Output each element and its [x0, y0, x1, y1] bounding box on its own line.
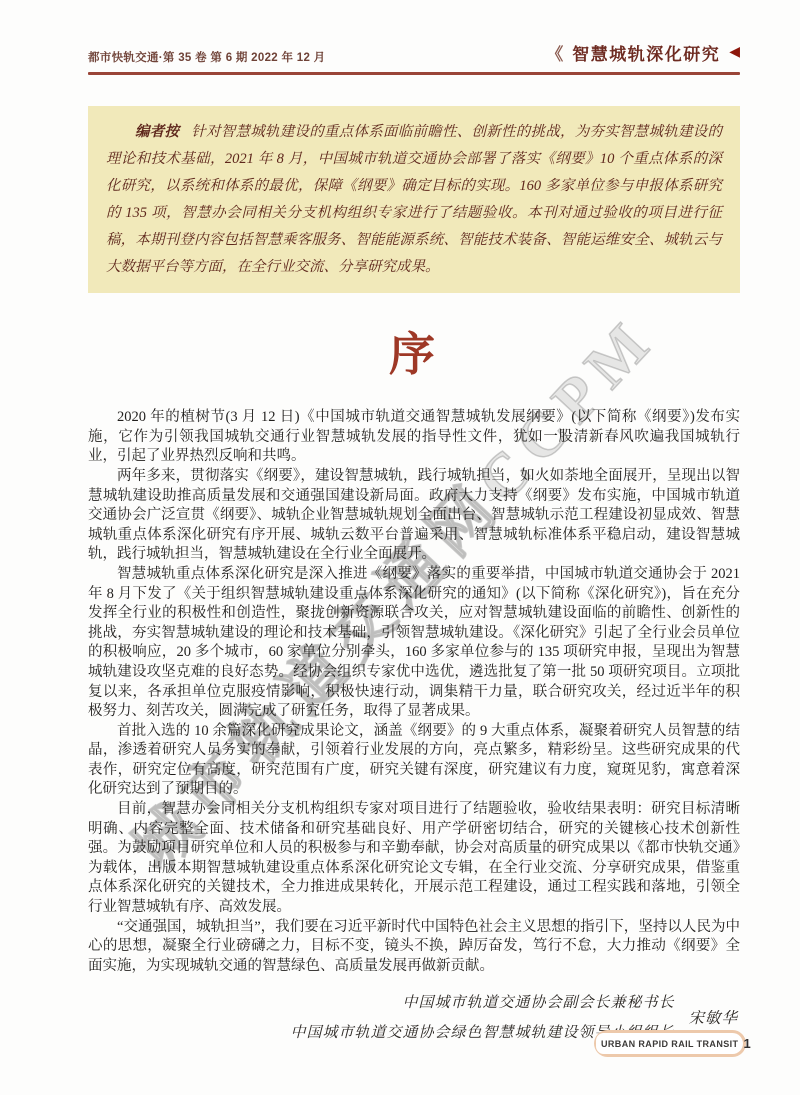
page-header: 都市快轨交通·第 35 卷 第 6 期 2022 年 12 月 《 智慧城轨深化…	[88, 40, 740, 65]
preface-body: 2020 年的植树节(3 月 12 日)《中国城市轨道交通智慧城轨发展纲要》(以…	[88, 408, 740, 976]
editor-note-body: 针对智慧城轨建设的重点体系面临前瞻性、创新性的挑战，为夯实智慧城轨建设的理论和技…	[106, 124, 722, 275]
paragraph-6: “交通强国，城轨担当”，我们要在习近平新时代中国特色社会主义思想的指引下，坚持以…	[88, 918, 740, 977]
journal-issue-info: 都市快轨交通·第 35 卷 第 6 期 2022 年 12 月	[88, 49, 325, 65]
paragraph-3: 智慧城轨重点体系深化研究是深入推进《纲要》落实的重要举措，中国城市轨道交通协会于…	[88, 565, 740, 722]
guillemet-icon: 《	[546, 40, 563, 65]
editor-note-text: 编者按针对智慧城轨建设的重点体系面临前瞻性、创新性的挑战，为夯实智慧城轨建设的理…	[106, 119, 722, 281]
column-header: 《 智慧城轨深化研究 ◀	[546, 40, 740, 65]
footer-page-badge: URBAN RAPID RAIL TRANSIT 1	[594, 1030, 746, 1057]
editor-note-box: 编者按针对智慧城轨建设的重点体系面临前瞻性、创新性的挑战，为夯实智慧城轨建设的理…	[88, 106, 740, 293]
page-content: 都市快轨交通·第 35 卷 第 6 期 2022 年 12 月 《 智慧城轨深化…	[0, 0, 800, 1042]
paragraph-5: 目前，智慧办会同相关分支机构组织专家对项目进行了结题验收，验收结果表明：研究目标…	[88, 800, 740, 918]
footer-journal-name: URBAN RAPID RAIL TRANSIT	[596, 1033, 743, 1054]
paragraph-4: 首批入选的 10 余篇深化研究成果论文，涵盖《纲要》的 9 大重点体系，凝聚着研…	[88, 722, 740, 800]
journal-page: 城市轨道交通网CCPM 都市快轨交通·第 35 卷 第 6 期 2022 年 1…	[0, 0, 800, 1095]
footer-page-number: 1	[743, 1036, 750, 1051]
triangle-left-icon: ◀	[729, 46, 740, 60]
page-title: 序	[88, 327, 740, 382]
header-divider	[88, 72, 740, 75]
paragraph-1: 2020 年的植树节(3 月 12 日)《中国城市轨道交通智慧城轨发展纲要》(以…	[88, 408, 740, 467]
signature-title-1: 中国城市轨道交通协会副会长兼秘书长	[290, 991, 674, 1012]
column-title: 智慧城轨深化研究	[572, 40, 720, 65]
editor-note-label: 编者按	[135, 124, 179, 140]
signature-name: 宋敏华	[688, 1006, 738, 1028]
paragraph-2: 两年多来，贯彻落实《纲要》，建设智慧城轨，践行城轨担当，如火如荼地全面展开，呈现…	[88, 467, 740, 565]
